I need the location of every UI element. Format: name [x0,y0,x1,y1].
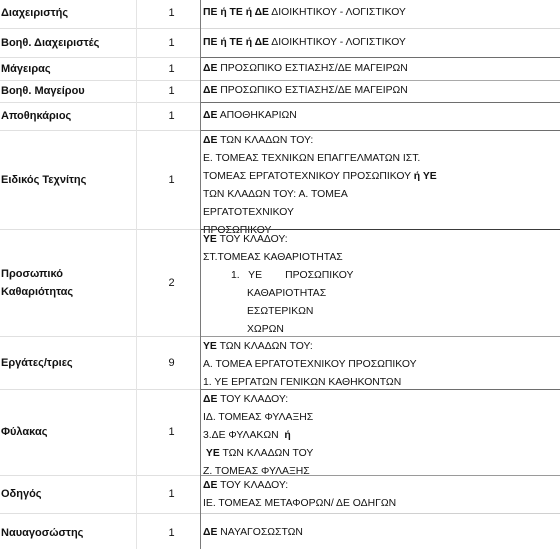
position-title: Εργάτες/τριες [0,336,137,389]
qualification-spec: ΔΕ ΝΑΥΑΓΟΣΩΣΤΩΝ [201,513,560,549]
position-count: 1 [137,57,201,80]
spec-line: ΙΔ. ΤΟΜΕΑΣ ΦΥΛΑΞΗΣ [203,409,560,427]
spec-line: ΣΤ.ΤΟΜΕΑΣ ΚΑΘΑΡΙΟΤΗΤΑΣ [203,249,560,267]
spec-line: ΕΣΩΤΕΡΙΚΩΝ [203,303,560,321]
spec-line: ΔΕ ΝΑΥΑΓΟΣΩΣΤΩΝ [203,524,560,542]
position-count: 9 [137,336,201,389]
table-row: Διαχειριστής1ΠΕ ή ΤΕ ή ΔΕ ΔΙΟΙΚΗΤΙΚΟΥ - … [0,0,560,28]
qualification-spec: ΔΕ ΠΡΟΣΩΠΙΚΟ ΕΣΤΙΑΣΗΣ/ΔΕ ΜΑΓΕΙΡΩΝ [201,80,560,102]
position-count: 2 [137,229,201,336]
spec-line: Α. ΤΟΜΕΑ ΕΡΓΑΤΟΤΕΧΝΙΚΟΥ ΠΡΟΣΩΠΙΚΟΥ [203,356,560,374]
spec-line: ΔΕ ΤΟΥ ΚΛΑΔΟΥ: [203,477,560,495]
qualification-spec: ΠΕ ή ΤΕ ή ΔΕ ΔΙΟΙΚΗΤΙΚΟΥ - ΛΟΓΙΣΤΙΚΟΥ [201,28,560,57]
spec-line: ΤΩΝ ΚΛΑΔΩΝ ΤΟΥ: Α. ΤΟΜΕΑ [203,186,560,204]
spec-line: ΔΕ ΤΩΝ ΚΛΑΔΩΝ ΤΟΥ: [203,132,560,150]
position-title: Οδηγός [0,475,137,513]
position-title: Βοηθ. Μαγείρου [0,80,137,102]
qualification-spec: ΔΕ ΤΩΝ ΚΛΑΔΩΝ ΤΟΥ:Ε. ΤΟΜΕΑΣ ΤΕΧΝΙΚΩΝ ΕΠΑ… [201,130,560,229]
position-count: 1 [137,130,201,229]
position-title: Αποθηκάριος [0,102,137,130]
qualification-spec: ΔΕ ΑΠΟΘΗΚΑΡΙΩΝ [201,102,560,130]
position-title: Φύλακας [0,389,137,475]
spec-line: ΤΟΜΕΑΣ ΕΡΓΑΤΟΤΕΧΝΙΚΟΥ ΠΡΟΣΩΠΙΚΟΥ ή ΥΕ [203,168,560,186]
spec-line: Ε. ΤΟΜΕΑΣ ΤΕΧΝΙΚΩΝ ΕΠΑΓΓΕΛΜΑΤΩΝ ΙΣΤ. [203,150,560,168]
position-title: Ναυαγοσώστης [0,513,137,549]
spec-line: ΕΡΓΑΤΟΤΕΧΝΙΚΟΥ [203,204,560,222]
spec-line: ΚΑΘΑΡΙΟΤΗΤΑΣ [203,285,560,303]
table-row: Αποθηκάριος1ΔΕ ΑΠΟΘΗΚΑΡΙΩΝ [0,102,560,130]
table-row: Προσωπικό Καθαριότητας2ΥΕ ΤΟΥ ΚΛΑΔΟΥ:ΣΤ.… [0,229,560,336]
spec-line: ΔΕ ΠΡΟΣΩΠΙΚΟ ΕΣΤΙΑΣΗΣ/ΔΕ ΜΑΓΕΙΡΩΝ [203,82,560,100]
spec-line: ΙΕ. ΤΟΜΕΑΣ ΜΕΤΑΦΟΡΩΝ/ ΔΕ ΟΔΗΓΩΝ [203,495,560,513]
spec-line: ΔΕ ΠΡΟΣΩΠΙΚΟ ΕΣΤΙΑΣΗΣ/ΔΕ ΜΑΓΕΙΡΩΝ [203,60,560,78]
spec-line: 3.ΔΕ ΦΥΛΑΚΩΝ ή [203,427,560,445]
position-title: Βοηθ. Διαχειριστές [0,28,137,57]
position-count: 1 [137,28,201,57]
position-title: Προσωπικό Καθαριότητας [0,229,100,336]
spec-line: ΥΕ ΤΟΥ ΚΛΑΔΟΥ: [203,231,560,249]
table-row: Βοηθ. Διαχειριστές1ΠΕ ή ΤΕ ή ΔΕ ΔΙΟΙΚΗΤΙ… [0,28,560,57]
spec-line: ΥΕ ΤΩΝ ΚΛΑΔΩΝ ΤΟΥ: [203,338,560,356]
spec-line: ΠΕ ή ΤΕ ή ΔΕ ΔΙΟΙΚΗΤΙΚΟΥ - ΛΟΓΙΣΤΙΚΟΥ [203,4,560,22]
table-row: Βοηθ. Μαγείρου1ΔΕ ΠΡΟΣΩΠΙΚΟ ΕΣΤΙΑΣΗΣ/ΔΕ … [0,80,560,102]
position-title: Ειδικός Τεχνίτης [0,130,137,229]
qualification-spec: ΔΕ ΠΡΟΣΩΠΙΚΟ ΕΣΤΙΑΣΗΣ/ΔΕ ΜΑΓΕΙΡΩΝ [201,57,560,80]
spec-line: ΔΕ ΤΟΥ ΚΛΑΔΟΥ: [203,391,560,409]
position-count: 1 [137,513,201,549]
spec-line: ΥΕ ΤΩΝ ΚΛΑΔΩΝ ΤΟΥ [203,445,560,463]
qualification-spec: ΥΕ ΤΩΝ ΚΛΑΔΩΝ ΤΟΥ:Α. ΤΟΜΕΑ ΕΡΓΑΤΟΤΕΧΝΙΚΟ… [201,336,560,389]
qualification-spec: ΥΕ ΤΟΥ ΚΛΑΔΟΥ:ΣΤ.ΤΟΜΕΑΣ ΚΑΘΑΡΙΟΤΗΤΑΣ1. Υ… [201,229,560,336]
position-count: 1 [137,0,201,28]
position-title: Μάγειρας [0,57,137,80]
table-row: Οδηγός1ΔΕ ΤΟΥ ΚΛΑΔΟΥ:ΙΕ. ΤΟΜΕΑΣ ΜΕΤΑΦΟΡΩ… [0,475,560,513]
table-row: Μάγειρας1ΔΕ ΠΡΟΣΩΠΙΚΟ ΕΣΤΙΑΣΗΣ/ΔΕ ΜΑΓΕΙΡ… [0,57,560,80]
qualification-spec: ΔΕ ΤΟΥ ΚΛΑΔΟΥ:ΙΕ. ΤΟΜΕΑΣ ΜΕΤΑΦΟΡΩΝ/ ΔΕ Ο… [201,475,560,513]
table-row: Φύλακας1ΔΕ ΤΟΥ ΚΛΑΔΟΥ:ΙΔ. ΤΟΜΕΑΣ ΦΥΛΑΞΗΣ… [0,389,560,475]
table-row: Ειδικός Τεχνίτης1ΔΕ ΤΩΝ ΚΛΑΔΩΝ ΤΟΥ:Ε. ΤΟ… [0,130,560,229]
position-title: Διαχειριστής [0,0,137,28]
position-count: 1 [137,389,201,475]
spec-line: ΔΕ ΑΠΟΘΗΚΑΡΙΩΝ [203,107,560,125]
table-row: Εργάτες/τριες9ΥΕ ΤΩΝ ΚΛΑΔΩΝ ΤΟΥ:Α. ΤΟΜΕΑ… [0,336,560,389]
qualification-spec: ΔΕ ΤΟΥ ΚΛΑΔΟΥ:ΙΔ. ΤΟΜΕΑΣ ΦΥΛΑΞΗΣ3.ΔΕ ΦΥΛ… [201,389,560,475]
qualification-spec: ΠΕ ή ΤΕ ή ΔΕ ΔΙΟΙΚΗΤΙΚΟΥ - ΛΟΓΙΣΤΙΚΟΥ [201,0,560,28]
spec-line: 1. ΥΕ ΠΡΟΣΩΠΙΚΟΥ [203,267,560,285]
position-count: 1 [137,102,201,130]
position-count: 1 [137,80,201,102]
table-row: Ναυαγοσώστης1ΔΕ ΝΑΥΑΓΟΣΩΣΤΩΝ [0,513,560,549]
position-count: 1 [137,475,201,513]
spec-line: ΠΕ ή ΤΕ ή ΔΕ ΔΙΟΙΚΗΤΙΚΟΥ - ΛΟΓΙΣΤΙΚΟΥ [203,34,560,52]
